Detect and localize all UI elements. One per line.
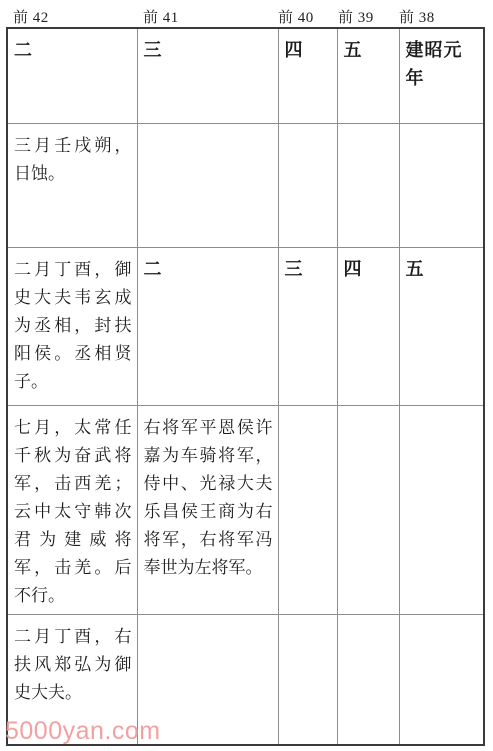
event-cell [399, 614, 484, 745]
event-cell [278, 405, 337, 614]
event-cell [399, 123, 484, 247]
era-year-cell: 四 [278, 28, 337, 123]
year-label: 前 38 [399, 6, 435, 27]
year-label: 前 42 [13, 6, 49, 27]
event-cell: 三月壬戌朔，日蚀。 [7, 123, 137, 247]
era-year-cell: 建昭元年 [399, 28, 484, 123]
event-cell [337, 405, 399, 614]
year-label: 前 39 [338, 6, 374, 27]
era-year-cell: 二 [137, 247, 278, 405]
era-year-cell: 二 [7, 28, 137, 123]
year-label: 前 41 [143, 6, 179, 27]
watermark: 5000yan.com [5, 717, 161, 746]
era-year-cell: 四 [337, 247, 399, 405]
table-row: 二月丁酉，御史大夫韦玄成为丞相，封扶阳侯。丞相贤子。 二 三 四 五 [7, 247, 484, 405]
event-cell: 二月丁酉，御史大夫韦玄成为丞相，封扶阳侯。丞相贤子。 [7, 247, 137, 405]
table-row: 二 三 四 五 建昭元年 [7, 28, 484, 123]
year-label: 前 40 [278, 6, 314, 27]
table-row: 三月壬戌朔，日蚀。 [7, 123, 484, 247]
chronology-table: 二 三 四 五 建昭元年 三月壬戌朔，日蚀。 二月丁酉，御史大夫韦玄成为丞相，封… [6, 27, 485, 746]
event-cell [399, 405, 484, 614]
era-year-cell: 五 [399, 247, 484, 405]
event-cell: 七月，太常任千秋为奋武将军，击西羌；云中太守韩次君为建威将军，击羌。后不行。 [7, 405, 137, 614]
table-row: 七月，太常任千秋为奋武将军，击西羌；云中太守韩次君为建威将军，击羌。后不行。 右… [7, 405, 484, 614]
era-year-cell: 五 [337, 28, 399, 123]
event-cell [278, 614, 337, 745]
event-cell: 右将军平恩侯许嘉为车骑将军，侍中、光禄大夫乐昌侯王商为右将军，右将军冯奉世为左将… [137, 405, 278, 614]
event-cell [278, 123, 337, 247]
era-year-cell: 三 [278, 247, 337, 405]
era-year-cell: 三 [137, 28, 278, 123]
event-cell [137, 123, 278, 247]
event-cell [337, 123, 399, 247]
event-cell [337, 614, 399, 745]
